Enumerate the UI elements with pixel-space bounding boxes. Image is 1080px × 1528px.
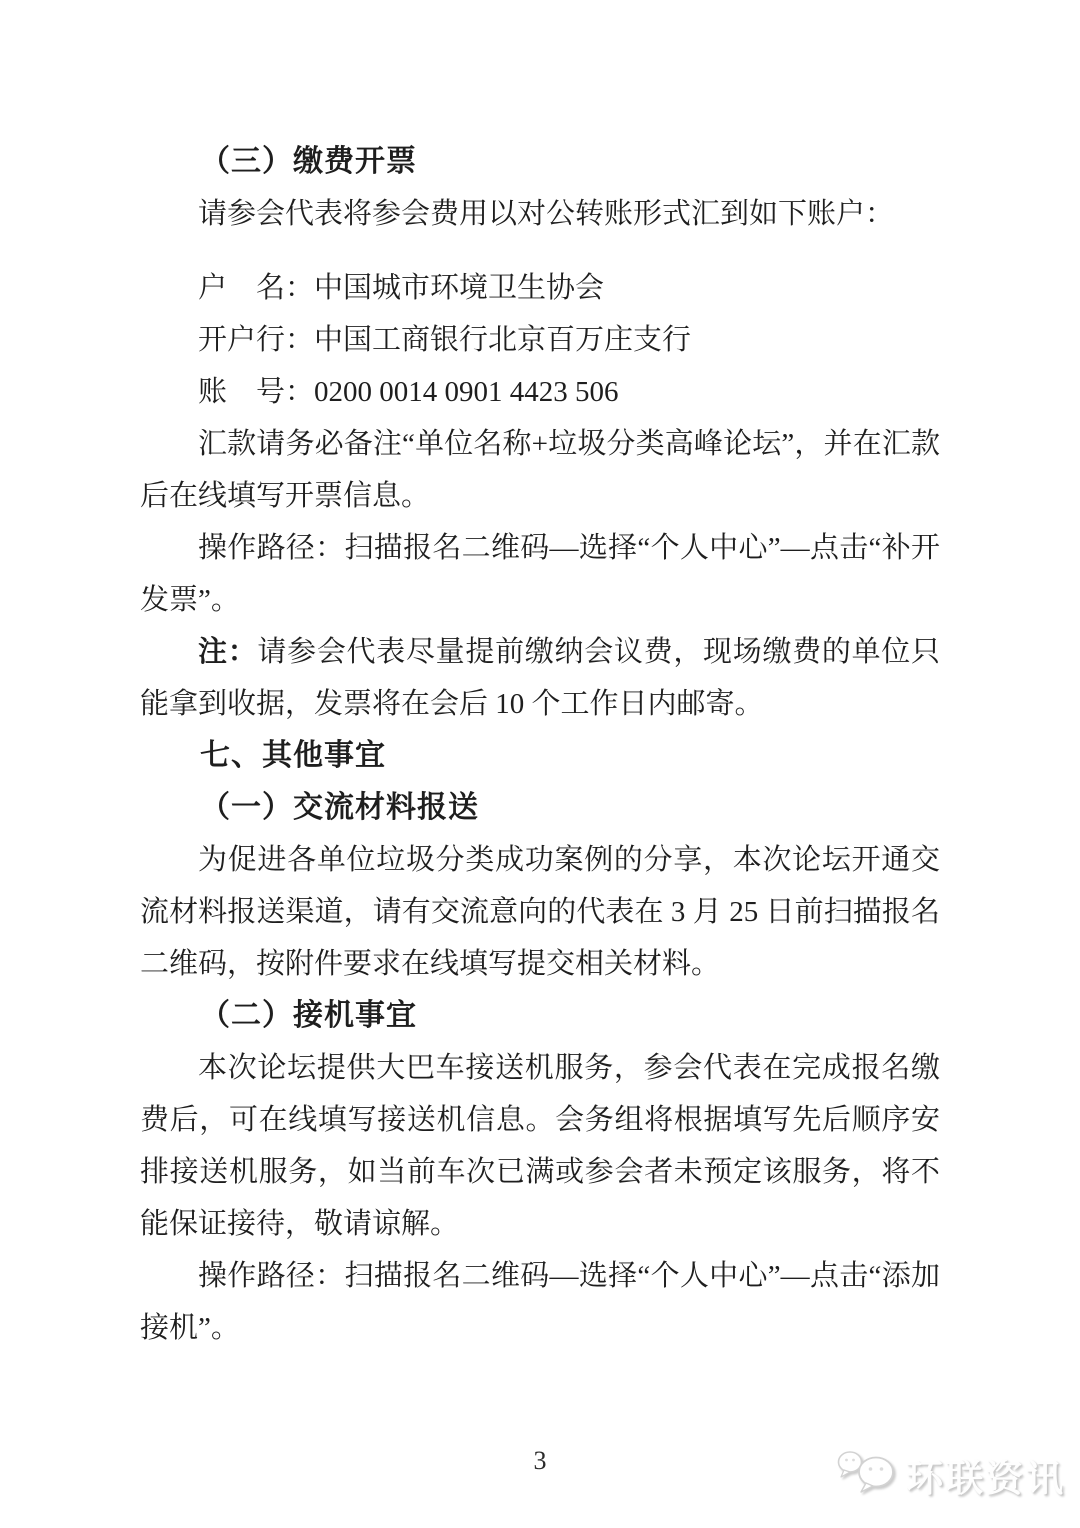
subsection-heading-materials-submission: （一）交流材料报送 xyxy=(140,782,940,834)
section-heading-payment-invoicing: （三）缴费开票 xyxy=(140,136,940,188)
paragraph-airport-pickup: 本次论坛提供大巴车接送机服务，参会代表在完成报名缴费后，可在线填写接送机信息。会… xyxy=(140,1042,940,1250)
note-text: 请参会代表尽量提前缴纳会议费，现场缴费的单位只能拿到收据，发票将在会后 10 个… xyxy=(140,636,940,720)
section-heading-other-matters: 七、其他事宜 xyxy=(140,730,940,782)
bank-account-name-value: 中国城市环境卫生协会 xyxy=(314,272,604,304)
bank-branch-line: 开户行：中国工商银行北京百万庄支行 xyxy=(140,314,940,366)
wechat-bubbles-icon xyxy=(836,1445,902,1504)
bank-account-number-line: 账 号：0200 0014 0901 4423 506 xyxy=(140,366,940,418)
bank-account-name-label: 户 名： xyxy=(198,272,314,304)
document-page: （三）缴费开票 请参会代表将参会费用以对公转账形式汇到如下账户： 户 名：中国城… xyxy=(0,0,1080,1528)
paragraph-payment-intro: 请参会代表将参会费用以对公转账形式汇到如下账户： xyxy=(140,188,940,240)
paragraph-materials-submission: 为促进各单位垃圾分类成功案例的分享，本次论坛开通交流材料报送渠道，请有交流意向的… xyxy=(140,834,940,990)
watermark-label: 环联资讯 xyxy=(906,1448,1066,1502)
bank-account-name-line: 户 名：中国城市环境卫生协会 xyxy=(140,262,940,314)
paragraph-remittance-note: 汇款请务必备注“单位名称+垃圾分类高峰论坛”，并在汇款后在线填写开票信息。 xyxy=(140,418,940,522)
bank-account-number-label: 账 号： xyxy=(198,376,314,408)
bank-details-block: 户 名：中国城市环境卫生协会 开户行：中国工商银行北京百万庄支行 账 号：020… xyxy=(140,262,940,418)
bank-branch-label: 开户行： xyxy=(198,324,314,356)
paragraph-note: 注：请参会代表尽量提前缴纳会议费，现场缴费的单位只能拿到收据，发票将在会后 10… xyxy=(140,626,940,730)
paragraph-pickup-path: 操作路径：扫描报名二维码—选择“个人中心”—点击“添加接机”。 xyxy=(140,1250,940,1354)
bank-branch-value: 中国工商银行北京百万庄支行 xyxy=(314,324,691,356)
paragraph-invoice-path: 操作路径：扫描报名二维码—选择“个人中心”—点击“补开发票”。 xyxy=(140,522,940,626)
document-body: （三）缴费开票 请参会代表将参会费用以对公转账形式汇到如下账户： 户 名：中国城… xyxy=(140,136,940,1354)
note-label: 注： xyxy=(198,636,257,668)
subsection-heading-airport-pickup: （二）接机事宜 xyxy=(140,990,940,1042)
bank-account-number-value: 0200 0014 0901 4423 506 xyxy=(314,376,619,408)
watermark: 环联资讯 xyxy=(836,1445,1066,1504)
